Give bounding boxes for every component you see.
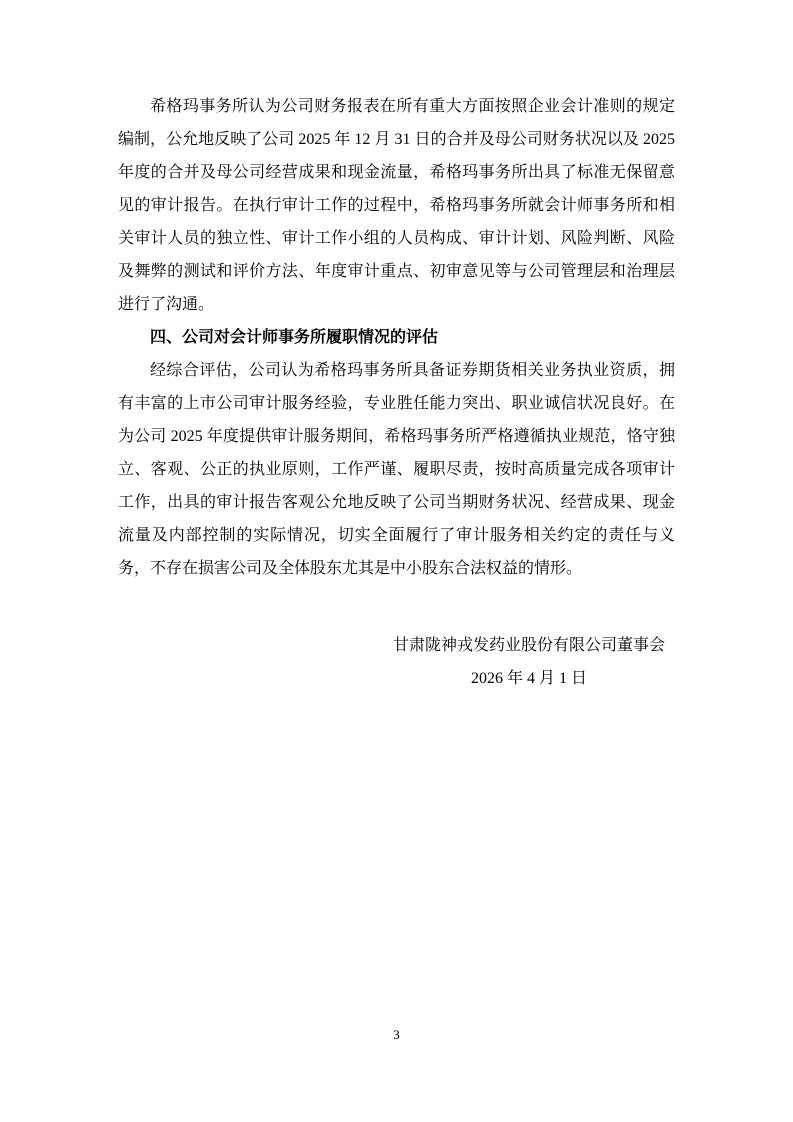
signature-block: 甘肃陇神戎发药业股份有限公司董事会 2026 年 4 月 1 日 bbox=[118, 629, 665, 695]
signature-date: 2026 年 4 月 1 日 bbox=[393, 662, 665, 695]
section-heading-4: 四、公司对会计师事务所履职情况的评估 bbox=[118, 321, 675, 354]
board-signature: 甘肃陇神戎发药业股份有限公司董事会 bbox=[393, 629, 665, 662]
page-number: 3 bbox=[0, 1026, 793, 1044]
document-content: 希格玛事务所认为公司财务报表在所有重大方面按照企业会计准则的规定编制，公允地反映… bbox=[118, 90, 675, 695]
evaluation-paragraph: 经综合评估，公司认为希格玛事务所具备证券期货相关业务执业资质，拥有丰富的上市公司… bbox=[118, 354, 675, 585]
document-page: 希格玛事务所认为公司财务报表在所有重大方面按照企业会计准则的规定编制，公允地反映… bbox=[0, 0, 793, 1122]
audit-opinion-paragraph: 希格玛事务所认为公司财务报表在所有重大方面按照企业会计准则的规定编制，公允地反映… bbox=[118, 90, 675, 321]
